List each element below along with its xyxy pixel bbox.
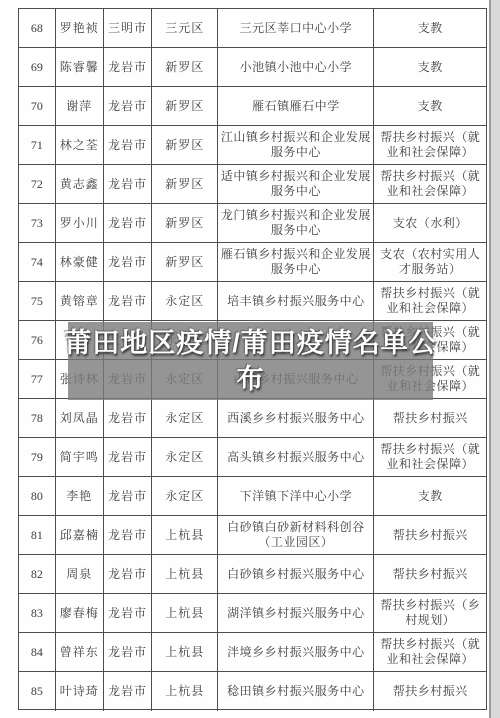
assignment-type-cell: 支农（水利） (374, 204, 486, 242)
page: 68罗艳祯三明市三元区三元区莘口中心小学支教69陈睿馨龙岩市新罗区小池镇小池中心… (0, 0, 500, 718)
row-number-cell: 79 (19, 438, 56, 476)
row-number-cell: 76 (19, 321, 56, 359)
city-cell: 龙岩市 (104, 516, 153, 554)
name-cell: 林之荃 (56, 126, 104, 164)
name-cell: 邱嘉楠 (56, 516, 104, 554)
organization-cell: 西溪乡乡村振兴服务中心 (218, 399, 374, 437)
district-cell: 新罗区 (152, 204, 218, 242)
assignment-type-cell: 帮扶乡村振兴 (374, 672, 486, 711)
district-cell: 永定区 (152, 477, 218, 515)
city-cell: 龙岩市 (104, 243, 153, 281)
city-cell: 龙岩市 (104, 165, 153, 203)
district-cell: 新罗区 (152, 48, 218, 86)
city-cell: 龙岩市 (104, 48, 153, 86)
row-number-cell: 71 (19, 126, 56, 164)
city-cell: 龙岩市 (104, 477, 153, 515)
row-number-cell: 73 (19, 204, 56, 242)
table-row: 81邱嘉楠龙岩市上杭县白砂镇白砂新材料科创谷（工业园区）帮扶乡村振兴 (19, 516, 486, 555)
city-cell: 龙岩市 (104, 204, 153, 242)
organization-cell: 江山镇乡村振兴和企业发展服务中心 (218, 126, 374, 164)
name-cell: 周泉 (56, 555, 104, 593)
district-cell: 上杭县 (152, 633, 218, 671)
assignment-type-cell: 支农（农村实用人才服务站） (374, 243, 486, 281)
city-cell: 龙岩市 (104, 633, 153, 671)
name-cell: 黄镕章 (56, 282, 104, 320)
table-row: 68罗艳祯三明市三元区三元区莘口中心小学支教 (19, 9, 486, 48)
organization-cell: 适中镇乡村振兴和企业发展服务中心 (218, 165, 374, 203)
table-row: 80李艳龙岩市永定区下洋镇下洋中心小学支教 (19, 477, 486, 516)
row-number-cell: 68 (19, 9, 56, 47)
city-cell: 龙岩市 (104, 87, 153, 125)
table-row: 75黄镕章龙岩市永定区培丰镇乡村振兴服务中心帮扶乡村振兴（就业和社会保障） (19, 282, 486, 321)
name-cell: 李艳 (56, 477, 104, 515)
name-cell: 简宇鸣 (56, 438, 104, 476)
organization-cell: 小池镇小池中心小学 (218, 48, 374, 86)
assignment-type-cell: 帮扶乡村振兴（乡村规划） (374, 594, 486, 632)
organization-cell: 雁石镇雁石中学 (218, 87, 374, 125)
table-row: 78刘凤晶龙岩市永定区西溪乡乡村振兴服务中心帮扶乡村振兴 (19, 399, 486, 438)
city-cell: 龙岩市 (104, 594, 153, 632)
row-number-cell: 82 (19, 555, 56, 593)
name-cell: 刘凤晶 (56, 399, 104, 437)
row-number-cell: 70 (19, 87, 56, 125)
name-cell: 曾祥东 (56, 633, 104, 671)
district-cell: 三元区 (152, 9, 218, 47)
organization-cell: 培丰镇乡村振兴服务中心 (218, 282, 374, 320)
city-cell: 三明市 (104, 9, 153, 47)
assignment-type-cell: 帮扶乡村振兴（就业和社会保障） (374, 165, 486, 203)
watermark-title-line1: 莆田地区疫情/莆田疫情名单公 (64, 325, 437, 361)
district-cell: 永定区 (152, 282, 218, 320)
table-row: 71林之荃龙岩市新罗区江山镇乡村振兴和企业发展服务中心帮扶乡村振兴（就业和社会保… (19, 126, 486, 165)
district-cell: 永定区 (152, 399, 218, 437)
assignment-type-cell: 帮扶乡村振兴（就业和社会保障） (374, 126, 486, 164)
organization-cell: 泮境乡乡村振兴服务中心 (218, 633, 374, 671)
city-cell: 龙岩市 (104, 438, 153, 476)
district-cell: 上杭县 (152, 516, 218, 554)
row-number-cell: 84 (19, 633, 56, 671)
row-number-cell: 81 (19, 516, 56, 554)
assignment-type-cell: 帮扶乡村振兴（就业和社会保障） (374, 438, 486, 476)
name-cell: 谢萍 (56, 87, 104, 125)
city-cell: 龙岩市 (104, 672, 153, 711)
district-cell: 新罗区 (152, 126, 218, 164)
table-row: 70谢萍龙岩市新罗区雁石镇雁石中学支教 (19, 87, 486, 126)
table-row: 74林豪健龙岩市新罗区雁石镇乡村振兴和企业发展服务中心支农（农村实用人才服务站） (19, 243, 486, 282)
row-number-cell: 77 (19, 360, 56, 398)
name-cell: 罗艳祯 (56, 9, 104, 47)
city-cell: 龙岩市 (104, 399, 153, 437)
assignment-type-cell: 帮扶乡村振兴 (374, 399, 486, 437)
name-cell: 廖春梅 (56, 594, 104, 632)
name-cell: 叶诗琦 (56, 672, 104, 711)
table-row: 69陈睿馨龙岩市新罗区小池镇小池中心小学支教 (19, 48, 486, 87)
district-cell: 永定区 (152, 438, 218, 476)
watermark-title-line2: 布 (237, 361, 265, 397)
district-cell: 新罗区 (152, 243, 218, 281)
assignment-type-cell: 帮扶乡村振兴 (374, 516, 486, 554)
organization-cell: 龙门镇乡村振兴和企业发展服务中心 (218, 204, 374, 242)
assignment-type-cell: 帮扶乡村振兴 (374, 555, 486, 593)
city-cell: 龙岩市 (104, 555, 153, 593)
row-number-cell: 83 (19, 594, 56, 632)
city-cell: 龙岩市 (104, 282, 153, 320)
row-number-cell: 69 (19, 48, 56, 86)
row-number-cell: 80 (19, 477, 56, 515)
assignment-type-cell: 支教 (374, 9, 486, 47)
assignment-type-cell: 支教 (374, 477, 486, 515)
table-row: 83廖春梅龙岩市上杭县湖洋镇乡村振兴服务中心帮扶乡村振兴（乡村规划） (19, 594, 486, 633)
organization-cell: 下洋镇下洋中心小学 (218, 477, 374, 515)
table-row: 72黄志鑫龙岩市新罗区适中镇乡村振兴和企业发展服务中心帮扶乡村振兴（就业和社会保… (19, 165, 486, 204)
organization-cell: 白砂镇乡村振兴服务中心 (218, 555, 374, 593)
district-cell: 上杭县 (152, 555, 218, 593)
table-row: 73罗小川龙岩市新罗区龙门镇乡村振兴和企业发展服务中心支农（水利） (19, 204, 486, 243)
row-number-cell: 74 (19, 243, 56, 281)
organization-cell: 湖洋镇乡村振兴服务中心 (218, 594, 374, 632)
table-row: 82周泉龙岩市上杭县白砂镇乡村振兴服务中心帮扶乡村振兴 (19, 555, 486, 594)
row-number-cell: 78 (19, 399, 56, 437)
assignment-type-cell: 支教 (374, 87, 486, 125)
organization-cell: 白砂镇白砂新材料科创谷（工业园区） (218, 516, 374, 554)
district-cell: 上杭县 (152, 594, 218, 632)
row-number-cell: 85 (19, 672, 56, 711)
row-number-cell: 75 (19, 282, 56, 320)
organization-cell: 稔田镇乡村振兴服务中心 (218, 672, 374, 711)
name-cell: 罗小川 (56, 204, 104, 242)
assignment-type-cell: 帮扶乡村振兴（就业和社会保障） (374, 282, 486, 320)
city-cell: 龙岩市 (104, 126, 153, 164)
watermark-overlay: 莆田地区疫情/莆田疫情名单公 布 (68, 322, 433, 400)
district-cell: 上杭县 (152, 672, 218, 711)
organization-cell: 高头镇乡村振兴服务中心 (218, 438, 374, 476)
district-cell: 新罗区 (152, 87, 218, 125)
name-cell: 陈睿馨 (56, 48, 104, 86)
right-edge-strip (489, 0, 500, 718)
table-row: 84曾祥东龙岩市上杭县泮境乡乡村振兴服务中心帮扶乡村振兴（就业和社会保障） (19, 633, 486, 672)
organization-cell: 雁石镇乡村振兴和企业发展服务中心 (218, 243, 374, 281)
name-cell: 林豪健 (56, 243, 104, 281)
district-cell: 新罗区 (152, 165, 218, 203)
table-row: 79简宇鸣龙岩市永定区高头镇乡村振兴服务中心帮扶乡村振兴（就业和社会保障） (19, 438, 486, 477)
assignment-type-cell: 帮扶乡村振兴（就业和社会保障） (374, 633, 486, 671)
row-number-cell: 72 (19, 165, 56, 203)
assignment-type-cell: 支教 (374, 48, 486, 86)
name-cell: 黄志鑫 (56, 165, 104, 203)
organization-cell: 三元区莘口中心小学 (218, 9, 374, 47)
table-row: 85叶诗琦龙岩市上杭县稔田镇乡村振兴服务中心帮扶乡村振兴 (19, 672, 486, 711)
